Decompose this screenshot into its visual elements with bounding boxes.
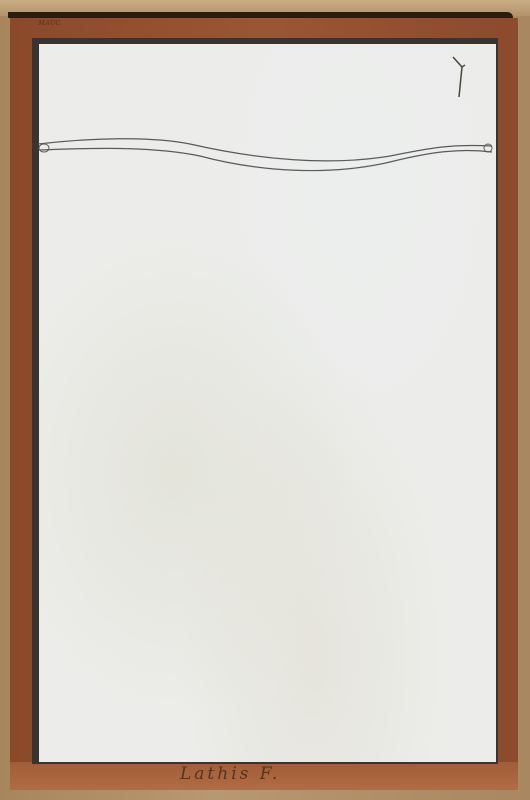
corner-inscription: ᴍᴀᴜᴄ bbox=[38, 18, 60, 28]
top-crack bbox=[8, 12, 513, 18]
bottom-inscription: Lathis F. bbox=[180, 764, 360, 790]
framed-painting-back: ᴍᴀᴜᴄ Lathis F. bbox=[0, 0, 530, 800]
pencil-mark-icon bbox=[450, 55, 470, 100]
hanging-wire-icon bbox=[30, 130, 500, 190]
